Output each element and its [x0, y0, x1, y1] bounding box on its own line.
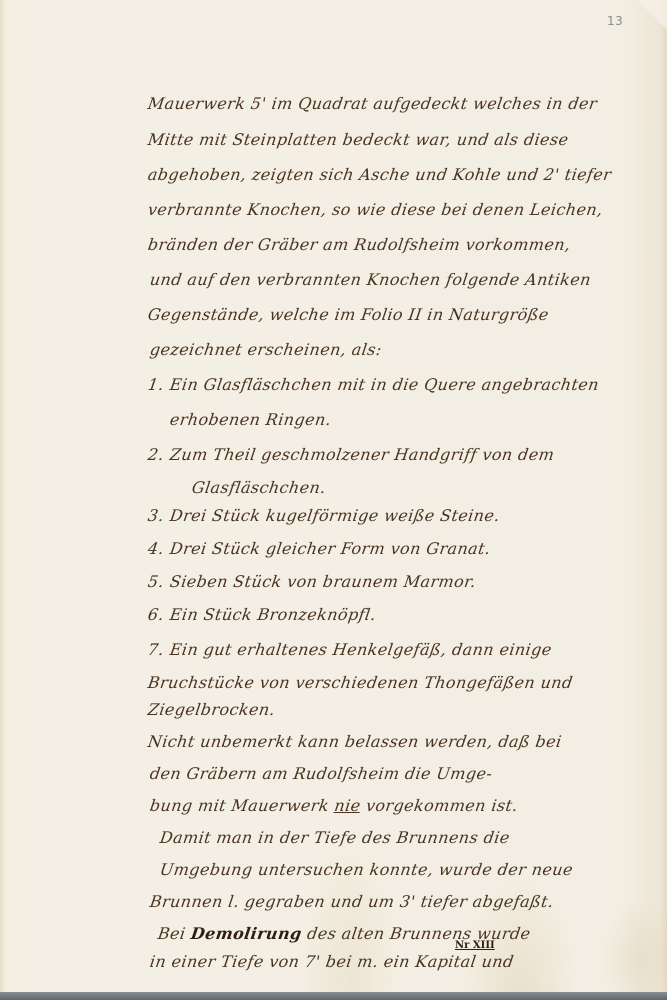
- list-item-7-continuation: Ziegelbrocken.: [147, 700, 277, 719]
- list-item-text: Ein Glasfläschchen mit in die Quere ange…: [169, 375, 601, 394]
- text-line: gezeichnet erscheinen, als:: [149, 340, 383, 359]
- list-number: 3.: [147, 506, 172, 525]
- text-line: Brunnen l. gegraben und um 3' tiefer abg…: [149, 892, 555, 911]
- text-line: und auf den verbrannten Knochen folgende…: [149, 270, 593, 289]
- text-line-with-underline: bung mit Mauerwerk nie vorgekommen ist.: [149, 796, 520, 815]
- text-line: bränden der Gräber am Rudolfsheim vorkom…: [147, 235, 572, 254]
- text-line: Umgebung untersuchen konnte, wurde der n…: [159, 860, 575, 879]
- scan-bottom-edge: [0, 992, 667, 1000]
- list-item-text: Ein gut erhaltenes Henkelgefäß, dann ein…: [169, 640, 553, 659]
- text-line: in einer Tiefe von 7' bei m. ein Kapital…: [149, 952, 515, 971]
- text-segment: vorgekommen ist.: [359, 796, 519, 815]
- text-line: den Gräbern am Rudolfsheim die Umge-: [149, 764, 494, 783]
- underlined-word: nie: [333, 796, 362, 815]
- list-item-4: 4.Drei Stück gleicher Form von Granat.: [147, 539, 492, 558]
- text-segment: Bei: [157, 924, 193, 943]
- list-item-6: 6.Ein Stück Bronzeknöpfl.: [147, 605, 378, 624]
- handwritten-text-block: Mauerwerk 5' im Quadrat aufgedeckt welch…: [0, 0, 667, 992]
- list-item-3: 3.Drei Stück kugelförmige weiße Steine.: [147, 506, 502, 525]
- list-number: 6.: [147, 605, 172, 624]
- list-number: 2.: [147, 445, 172, 464]
- text-line: Gegenstände, welche im Folio II in Natur…: [147, 305, 550, 324]
- list-item-2: 2.Zum Theil geschmolzener Handgriff von …: [147, 445, 556, 464]
- text-line: Damit man in der Tiefe des Brunnens die: [159, 828, 511, 847]
- text-line: Mitte mit Steinplatten bedeckt war, und …: [147, 130, 570, 149]
- text-segment: bung mit Mauerwerk: [149, 796, 336, 815]
- manuscript-page: 13 Mauerwerk 5' im Quadrat aufgedeckt we…: [0, 0, 667, 992]
- list-item-1-continuation: erhobenen Ringen.: [169, 410, 333, 429]
- text-segment: des alten Brunnens wurde: [300, 924, 531, 943]
- list-number: 4.: [147, 539, 172, 558]
- list-item-1: 1.Ein Glasfläschchen mit in die Quere an…: [147, 375, 601, 394]
- list-item-text: Sieben Stück von braunem Marmor.: [169, 572, 478, 591]
- list-item-text: Ein Stück Bronzeknöpfl.: [169, 605, 378, 624]
- list-number: 5.: [147, 572, 172, 591]
- list-item-2-continuation: Glasfläschchen.: [191, 478, 327, 497]
- list-item-5: 5.Sieben Stück von braunem Marmor.: [147, 572, 478, 591]
- list-item-text: Drei Stück gleicher Form von Granat.: [169, 539, 492, 558]
- list-item-7: 7.Ein gut erhaltenes Henkelgefäß, dann e…: [147, 640, 553, 659]
- text-line: Mauerwerk 5' im Quadrat aufgedeckt welch…: [147, 94, 599, 113]
- list-item-text: Drei Stück kugelförmige weiße Steine.: [169, 506, 502, 525]
- text-line: Nicht unbemerkt kann belassen werden, da…: [147, 732, 563, 751]
- bold-word: Demolirung: [190, 924, 303, 943]
- list-number: 1.: [147, 375, 172, 394]
- list-number: 7.: [147, 640, 172, 659]
- text-line: abgehoben, zeigten sich Asche und Kohle …: [147, 165, 613, 184]
- insertion-mark: Nr XIII: [455, 940, 495, 951]
- list-item-7-continuation: Bruchstücke von verschiedenen Thongefäße…: [147, 673, 574, 692]
- list-item-text: Zum Theil geschmolzener Handgriff von de…: [169, 445, 556, 464]
- text-line: verbrannte Knochen, so wie diese bei den…: [147, 200, 604, 219]
